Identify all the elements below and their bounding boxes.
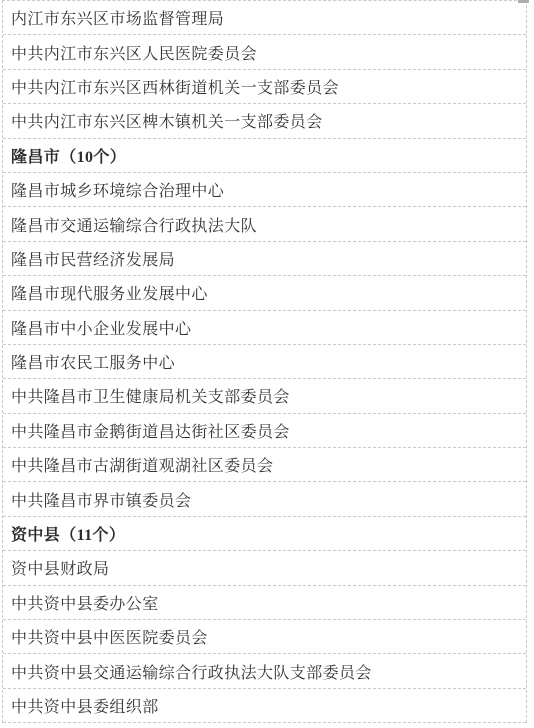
table-row: 中共内江市东兴区西林街道机关一支部委员会 [3,70,526,104]
table-row: 隆昌市中小企业发展中心 [3,311,526,345]
table-row: 中共资中县委组织部 [3,689,526,723]
table-row: 中共资中县中医医院委员会 [3,620,526,654]
table-row: 中共内江市东兴区人民医院委员会 [3,35,526,69]
table-row: 内江市东兴区市场监督管理局 [3,1,526,35]
section-header-zizhong: 资中县（11个） [3,517,526,551]
table-row: 中共资中县交通运输综合行政执法大队支部委员会 [3,654,526,688]
organization-table: 内江市东兴区市场监督管理局 中共内江市东兴区人民医院委员会 中共内江市东兴区西林… [2,0,527,723]
table-row: 中共隆昌市金鹅街道昌达街社区委员会 [3,414,526,448]
section-header-longchang: 隆昌市（10个） [3,139,526,173]
top-right-gray-fragment [518,0,529,3]
table-row: 中共隆昌市界市镇委员会 [3,482,526,516]
table-row: 中共隆昌市古湖街道观湖社区委员会 [3,448,526,482]
table-row: 隆昌市城乡环境综合治理中心 [3,173,526,207]
table-row: 隆昌市现代服务业发展中心 [3,276,526,310]
table-row: 隆昌市交通运输综合行政执法大队 [3,207,526,241]
table-row: 隆昌市民营经济发展局 [3,242,526,276]
table-row: 资中县财政局 [3,551,526,585]
table-row: 中共隆昌市卫生健康局机关支部委员会 [3,379,526,413]
table-row: 中共内江市东兴区椑木镇机关一支部委员会 [3,104,526,138]
table-row: 中共资中县委办公室 [3,586,526,620]
table-row: 隆昌市农民工服务中心 [3,345,526,379]
